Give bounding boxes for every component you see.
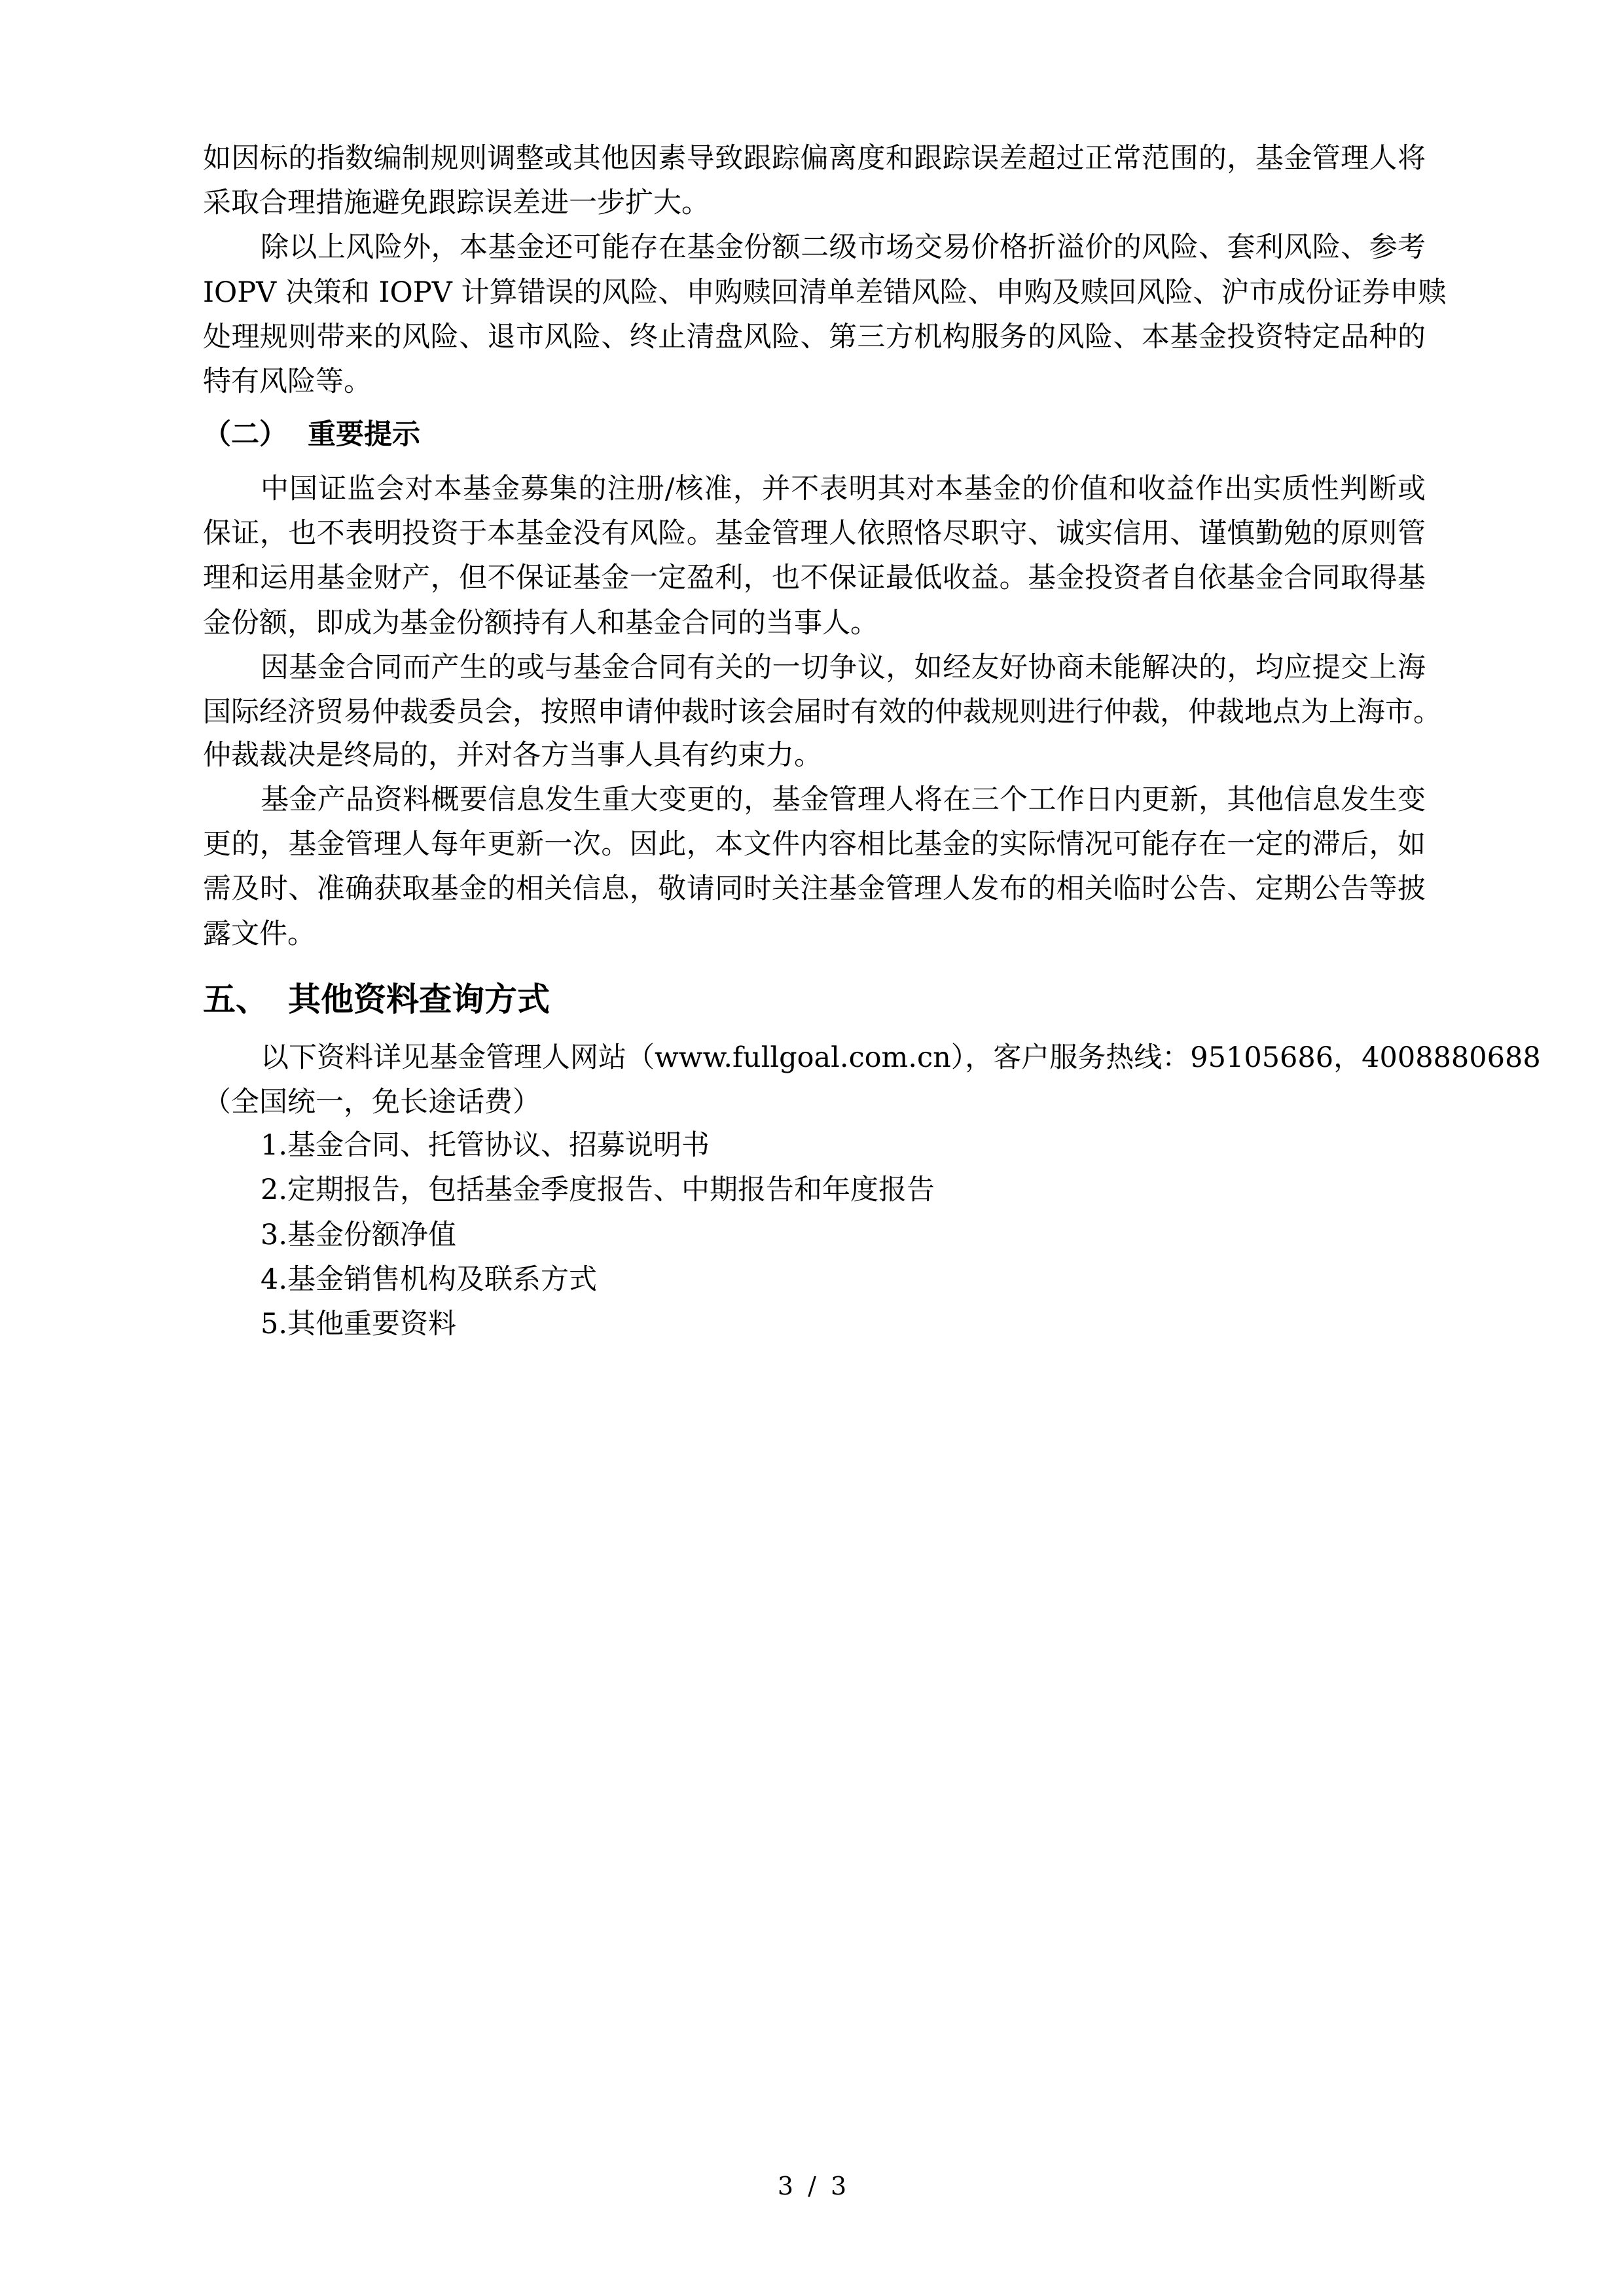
paragraph-line: 特有风险等。 — [203, 359, 1426, 404]
paragraph-line: 需及时、准确获取基金的相关信息，敬请同时关注基金管理人发布的相关临时公告、定期公… — [203, 867, 1426, 911]
section-number: 五、 — [203, 975, 288, 1024]
section-number: （二） — [203, 412, 308, 457]
paragraph-line: 金份额，即成为基金份额持有人和基金合同的当事人。 — [203, 601, 1426, 645]
paragraph-line: 采取合理措施避免跟踪误差进一步扩大。 — [203, 181, 1426, 225]
list-item: 2.定期报告，包括基金季度报告、中期报告和年度报告 — [261, 1168, 935, 1212]
contact-line: （全国统一，免长途话费） — [203, 1080, 1426, 1124]
contact-line: 以下资料详见基金管理人网站（www.fullgoal.com.cn），客户服务热… — [261, 1035, 1426, 1080]
document-page: 如因标的指数编制规则调整或其他因素导致跟踪偏离度和跟踪误差超过正常范围的，基金管… — [0, 0, 1624, 2296]
section-heading-other-info: 五、其他资料查询方式 — [203, 975, 550, 1024]
section-title: 重要提示 — [308, 418, 420, 451]
paragraph-line: IOPV 决策和 IOPV 计算错误的风险、申购赎回清单差错风险、申购及赎回风险… — [203, 270, 1426, 315]
paragraph-line: 仲裁裁决是终局的，并对各方当事人具有约束力。 — [203, 733, 1426, 778]
paragraph-line: 保证，也不表明投资于本基金没有风险。基金管理人依照恪尽职守、诚实信用、谨慎勤勉的… — [203, 511, 1426, 556]
section-heading-important-notice: （二）重要提示 — [203, 412, 420, 457]
paragraph-line: 因基金合同而产生的或与基金合同有关的一切争议，如经友好协商未能解决的，均应提交上… — [261, 645, 1426, 690]
paragraph-line: 处理规则带来的风险、退市风险、终止清盘风险、第三方机构服务的风险、本基金投资特定… — [203, 315, 1426, 359]
paragraph-line: 如因标的指数编制规则调整或其他因素导致跟踪偏离度和跟踪误差超过正常范围的，基金管… — [203, 136, 1426, 181]
page-number: 3 / 3 — [0, 2166, 1624, 2206]
paragraph-line: 基金产品资料概要信息发生重大变更的，基金管理人将在三个工作日内更新，其他信息发生… — [261, 778, 1426, 822]
paragraph-line: 国际经济贸易仲裁委员会，按照申请仲裁时该会届时有效的仲裁规则进行仲裁，仲裁地点为… — [203, 690, 1426, 734]
paragraph-line: 除以上风险外，本基金还可能存在基金份额二级市场交易价格折溢价的风险、套利风险、参… — [261, 225, 1426, 270]
section-title: 其他资料查询方式 — [288, 980, 550, 1018]
list-item: 4.基金销售机构及联系方式 — [261, 1257, 597, 1302]
paragraph-line: 露文件。 — [203, 912, 1426, 956]
list-item: 5.其他重要资料 — [261, 1302, 456, 1346]
list-item: 3.基金份额净值 — [261, 1213, 456, 1257]
paragraph-line: 更的，基金管理人每年更新一次。因此，本文件内容相比基金的实际情况可能存在一定的滞… — [203, 822, 1426, 867]
paragraph-line: 理和运用基金财产，但不保证基金一定盈利，也不保证最低收益。基金投资者自依基金合同… — [203, 556, 1426, 600]
paragraph-line: 中国证监会对本基金募集的注册/核准，并不表明其对本基金的价值和收益作出实质性判断… — [261, 467, 1426, 511]
list-item: 1.基金合同、托管协议、招募说明书 — [261, 1123, 710, 1168]
